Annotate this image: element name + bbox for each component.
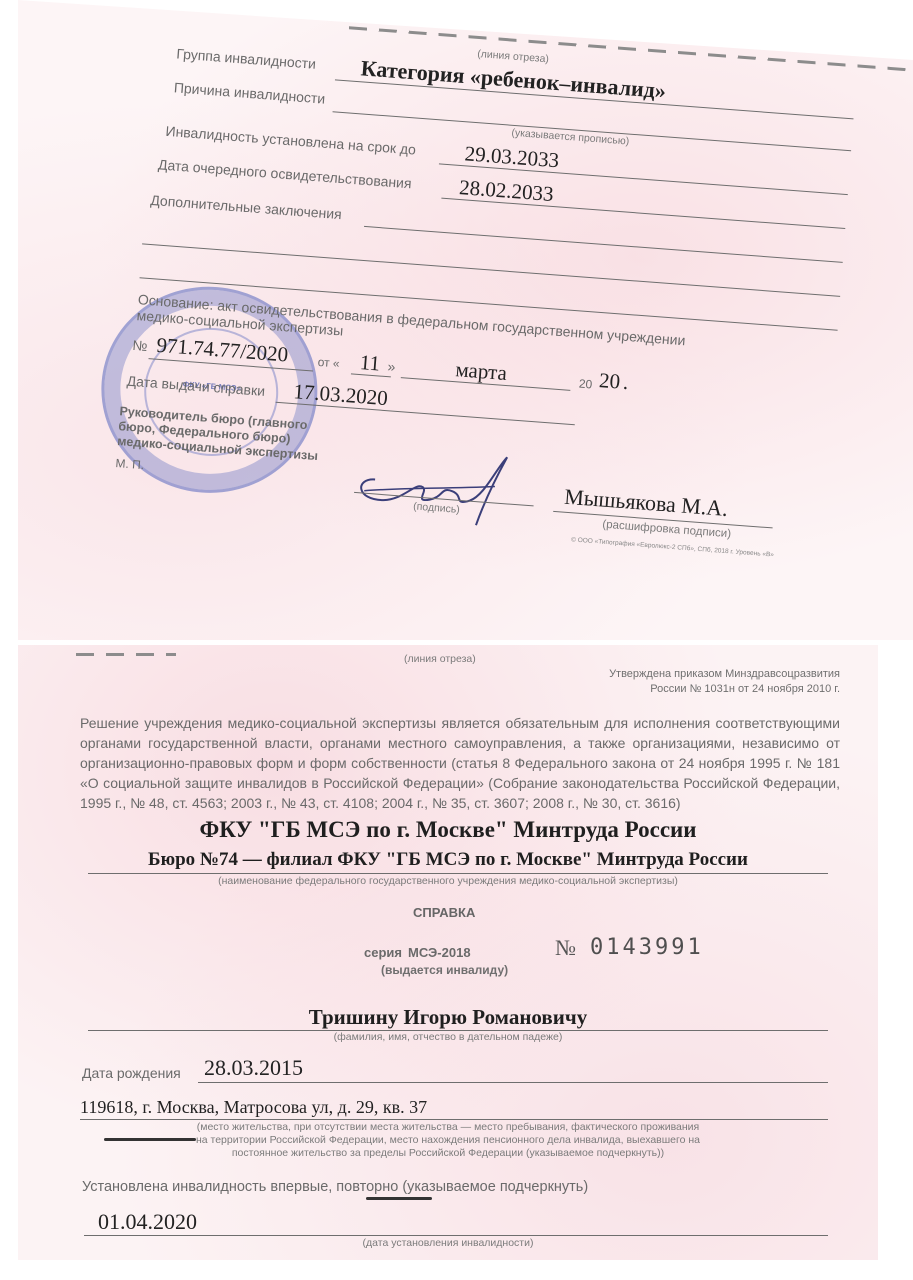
address-underline-mark xyxy=(104,1138,196,1141)
address-hint-line-3: постоянное жительство за пределы Российс… xyxy=(18,1147,878,1160)
issued-to-hint: (выдается инвалиду) xyxy=(381,963,508,977)
term-value: 29.03.2033 xyxy=(464,141,560,173)
doc-title: СПРАВКА xyxy=(413,905,475,920)
extra-line-1 xyxy=(364,226,843,263)
birth-value: 28.03.2015 xyxy=(204,1055,303,1081)
signature-scribble xyxy=(342,437,527,530)
extra-label: Дополнительные заключения xyxy=(150,192,342,222)
act-from-label: от « xyxy=(317,355,340,371)
act-year-prefix: 20 xyxy=(578,377,592,392)
institution-line-1: ФКУ "ГБ МСЭ по г. Москве" Минтруда Росси… xyxy=(18,817,878,843)
signer-name: Мышьякова М.А. xyxy=(563,484,728,522)
established-date-hint: (дата установления инвалидности) xyxy=(18,1237,878,1249)
cut-line-label: (линия отреза) xyxy=(404,653,476,665)
approval-line-2: России № 1031н от 24 ноября 2010 г. xyxy=(609,682,840,697)
address-hint-line-1: (место жительства, при отсутствии места … xyxy=(18,1121,878,1134)
number-sign: № xyxy=(555,935,576,961)
printer-note: © ООО «Типография «Евролюкс-2 СПб», СПб,… xyxy=(571,536,774,558)
address-value: 119618, г. Москва, Матросова ул, д. 29, … xyxy=(80,1097,427,1118)
act-month-value: марта xyxy=(455,357,508,386)
approval-note: Утверждена приказом Минздравсоцразвития … xyxy=(609,667,840,697)
established-selected-underline xyxy=(366,1197,432,1200)
legal-paragraph: Решение учреждения медико-социальной экс… xyxy=(80,713,840,813)
cut-line-label: (линия отреза) xyxy=(477,48,549,65)
established-date-line xyxy=(84,1235,828,1236)
recipient-name: Тришину Игорю Романовичу xyxy=(18,1005,878,1030)
established-date-value: 01.04.2020 xyxy=(98,1209,197,1235)
certificate-number: 0143991 xyxy=(590,935,704,960)
act-day-value: 11 xyxy=(359,350,381,376)
top-sheet-tear-off: (линия отреза) Группа инвалидности Катег… xyxy=(0,0,913,640)
act-year-suffix: . xyxy=(622,370,629,395)
approval-line-1: Утверждена приказом Минздравсоцразвития xyxy=(609,667,840,682)
series-value: МСЭ-2018 xyxy=(408,945,471,960)
recipient-hint: (фамилия, имя, отчество в дательном паде… xyxy=(18,1031,878,1043)
series-label: серия xyxy=(364,945,402,960)
institution-line xyxy=(88,873,828,874)
top-sheet-content: (линия отреза) Группа инвалидности Катег… xyxy=(0,0,913,677)
birth-label: Дата рождения xyxy=(82,1065,181,1081)
act-year-value: 20 xyxy=(598,368,621,395)
act-number-prefix: № xyxy=(132,337,148,354)
institution-hint: (наименование федерального государственн… xyxy=(18,875,878,887)
next-exam-value: 28.02.2033 xyxy=(458,175,554,207)
birth-line xyxy=(198,1082,828,1083)
stamp-place-label: М. П. xyxy=(115,456,145,472)
address-line xyxy=(80,1119,828,1120)
term-label: Инвалидность установлена на срок до xyxy=(165,123,416,158)
cut-line-bottom xyxy=(76,653,176,656)
next-exam-label: Дата очередного освидетельствования xyxy=(158,156,413,191)
act-day-close: » xyxy=(387,358,396,375)
established-label: Установлена инвалидность впервые, повтор… xyxy=(82,1179,588,1195)
bottom-sheet-certificate: (линия отреза) Утверждена приказом Минзд… xyxy=(18,645,878,1260)
institution-line-2: Бюро №74 — филиал ФКУ "ГБ МСЭ по г. Моск… xyxy=(18,849,878,871)
extra-line-2 xyxy=(142,243,840,296)
group-label: Группа инвалидности xyxy=(176,45,317,71)
cause-label: Причина инвалидности xyxy=(173,79,325,106)
